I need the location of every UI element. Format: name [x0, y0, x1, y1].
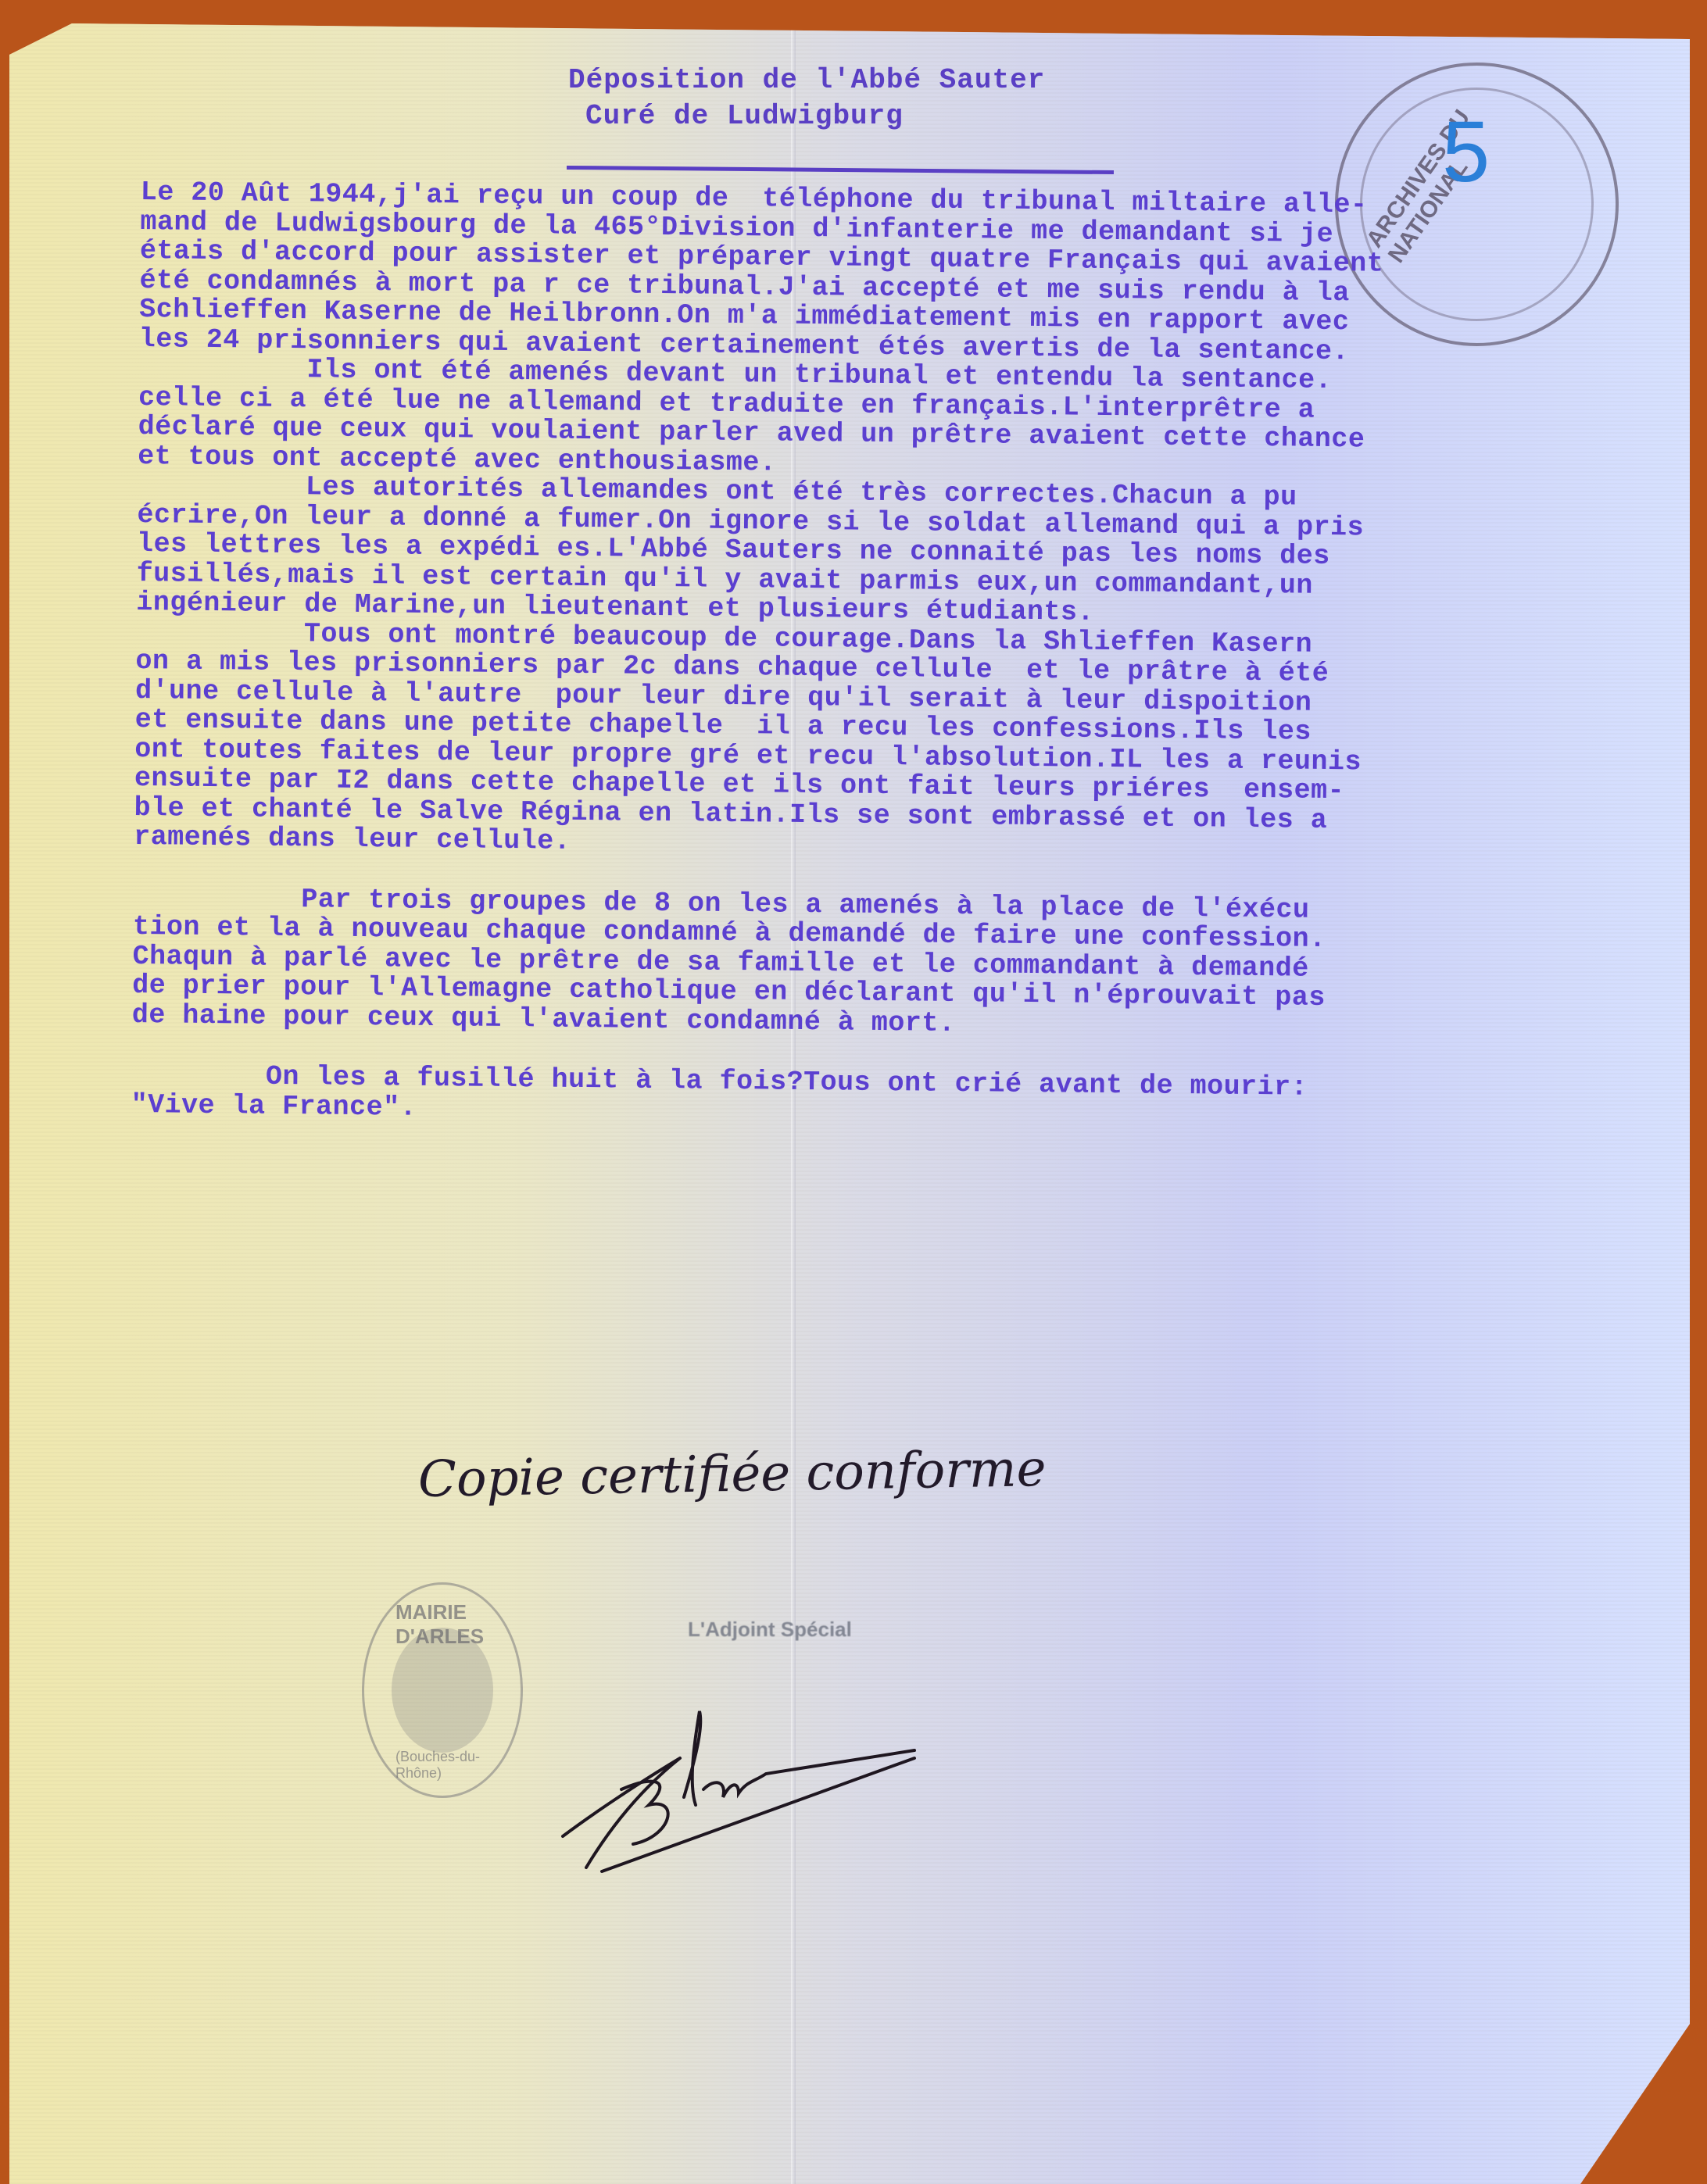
mairie-stamp-label: MAIRIE D'ARLES	[395, 1600, 521, 1649]
mairie-stamp: MAIRIE D'ARLES (Bouches-du-Rhône)	[362, 1582, 523, 1798]
document-header: Déposition de l'Abbé Sauter Curé de Ludw…	[568, 63, 1045, 134]
mairie-stamp-sublabel: (Bouches-du-Rhône)	[395, 1749, 521, 1782]
signature-icon	[547, 1703, 954, 1875]
title-line-1: Déposition de l'Abbé Sauter	[568, 63, 1045, 98]
title-line-2: Curé de Ludwigburg	[568, 98, 1045, 134]
page-number: 5	[1442, 109, 1490, 195]
certification-handwriting: Copie certifiée conforme	[417, 1440, 1047, 1509]
adjoint-stamp: L'Adjoint Spécial	[688, 1617, 852, 1642]
document-body: Le 20 Aût 1944,j'ai reçu un coup de télé…	[131, 178, 1641, 1135]
